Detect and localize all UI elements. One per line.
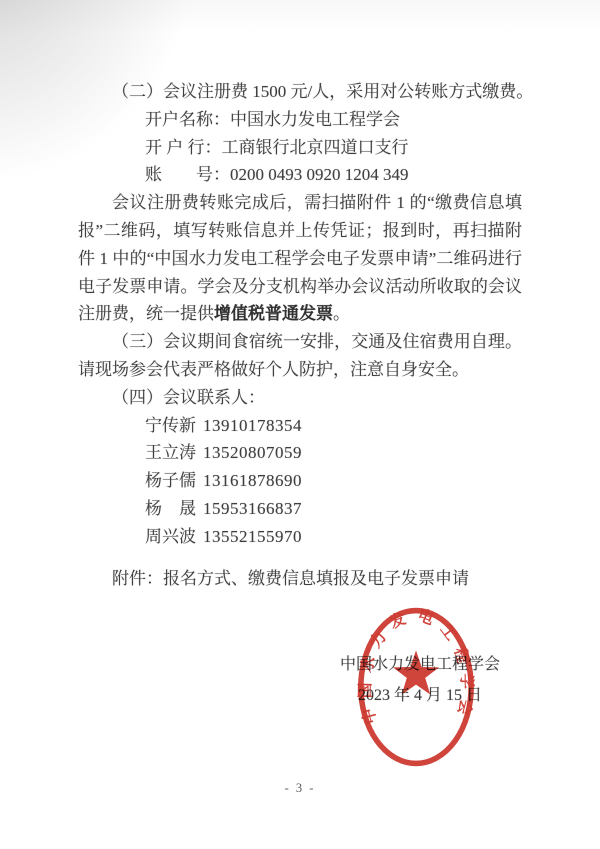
bank-branch-row: 开 户 行：工商银行北京四道口支行	[78, 134, 522, 162]
bank-account-name-label: 开户名称：	[145, 110, 230, 129]
contact-phone: 13520807059	[203, 443, 302, 462]
bank-branch-value: 工商银行北京四道口支行	[222, 138, 409, 157]
bank-account-name-value: 中国水力发电工程学会	[230, 110, 400, 129]
contact-row: 杨 晟15953166837	[78, 495, 522, 523]
contact-row: 王立涛13520807059	[78, 439, 522, 467]
bank-account-number-label: 账 号：	[145, 165, 230, 184]
bank-account-number-value: 0200 0493 0920 1204 349	[230, 165, 409, 184]
contact-row: 宁传新13910178354	[78, 412, 522, 440]
contact-name: 周兴波	[145, 523, 197, 551]
accommodation-clause: （三）会议期间食宿统一安排，交通及住宿费用自理。请现场参会代表严格做好个人防护，…	[78, 328, 522, 384]
contact-name: 王立涛	[145, 439, 197, 467]
document-body: （二）会议注册费 1500 元/人，采用对公转账方式缴费。 开户名称：中国水力发…	[78, 78, 522, 592]
contact-row: 周兴波13552155970	[78, 523, 522, 551]
invoice-type-bold-text: 增值税普通发票	[214, 304, 333, 323]
contact-name: 宁传新	[145, 412, 197, 440]
fee-clause: （二）会议注册费 1500 元/人，采用对公转账方式缴费。	[78, 78, 522, 106]
contact-name: 杨 晟	[145, 495, 197, 523]
document-page: （二）会议注册费 1500 元/人，采用对公转账方式缴费。 开户名称：中国水力发…	[0, 0, 600, 849]
page-number: - 3 -	[0, 781, 600, 796]
payment-instructions-paragraph: 会议注册费转账完成后，需扫描附件 1 的“缴费信息填报”二维码，填写转账信息并上…	[78, 189, 522, 328]
contact-phone: 13910178354	[203, 416, 302, 435]
organization-seal: 中国水力发电工程学会	[352, 604, 480, 770]
contact-phone: 13552155970	[203, 527, 302, 546]
contact-row: 杨子儒13161878690	[78, 467, 522, 495]
bank-branch-label: 开 户 行：	[145, 138, 222, 157]
contact-phone: 13161878690	[203, 471, 302, 490]
bank-account-name-row: 开户名称：中国水力发电工程学会	[78, 106, 522, 134]
bank-account-number-row: 账 号：0200 0493 0920 1204 349	[78, 161, 522, 189]
seal-star	[393, 651, 439, 695]
contact-name: 杨子儒	[145, 467, 197, 495]
attachment-note: 附件：报名方式、缴费信息填报及电子发票申请	[78, 565, 522, 593]
contacts-heading: （四）会议联系人：	[78, 384, 522, 412]
payment-instructions-period: 。	[333, 304, 350, 323]
contact-phone: 15953166837	[203, 499, 302, 518]
